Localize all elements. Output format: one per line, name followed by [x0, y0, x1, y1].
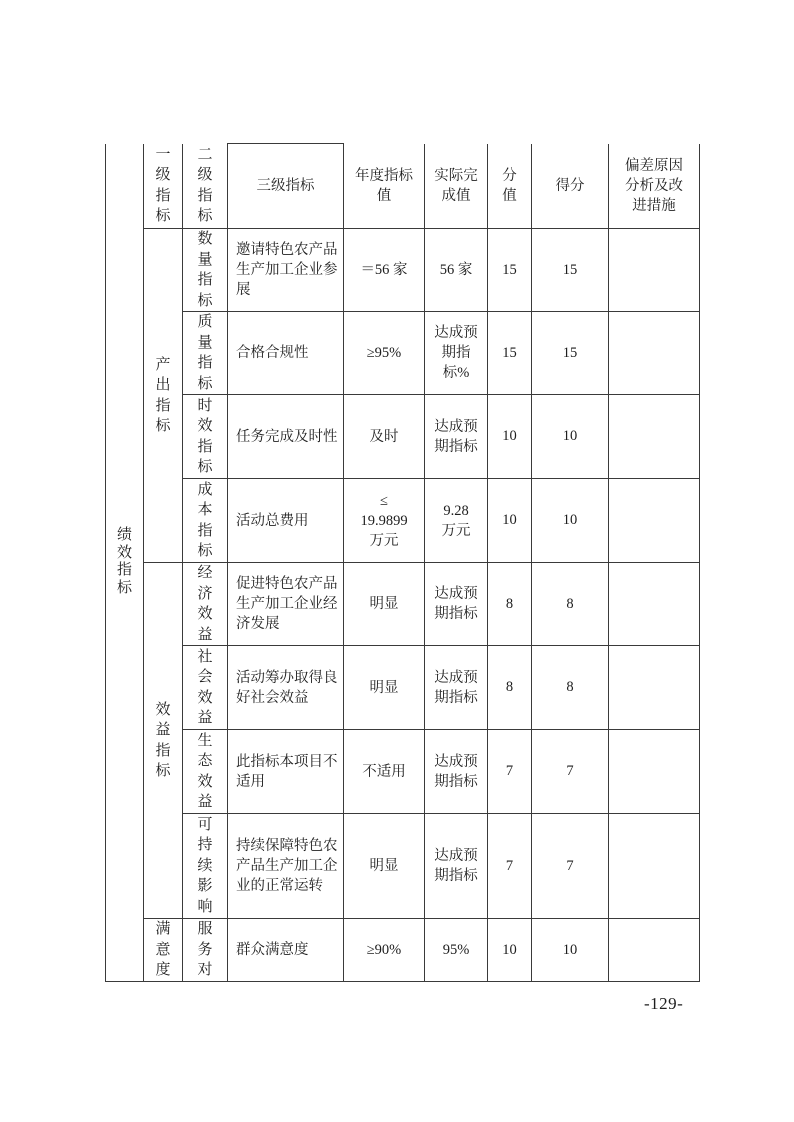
level2-cell: 社会效益 [183, 646, 228, 730]
header-level2: 二级指标 [183, 144, 228, 229]
annual-target-cell: 及时 [344, 395, 425, 479]
score-cell: 8 [532, 646, 609, 730]
table-row: 时效指标 任务完成及时性 及时 达成预 期指标 10 10 [106, 395, 700, 479]
weight-value: 10 [502, 942, 517, 958]
weight-value: 8 [506, 679, 513, 695]
level3-text: 活动筹办取得良 好社会效益 [236, 668, 338, 708]
level2-cell: 经济效益 [183, 563, 228, 646]
level3-text: 促进特色农产品 生产加工企业经 济发展 [236, 574, 338, 634]
annual-target-value: ≤ 19.9899 万元 [360, 491, 407, 551]
weight-cell: 8 [488, 646, 532, 730]
score-value: 8 [566, 596, 573, 612]
weight-value: 15 [502, 345, 517, 361]
level3-text: 合格合规性 [236, 343, 309, 363]
actual-value: 达成预 期指标 [434, 846, 478, 886]
annual-target-value: 不适用 [362, 762, 406, 782]
actual-cell: 56 家 [425, 229, 488, 312]
deviation-cell [609, 229, 700, 312]
actual-cell: 达成预 期指标 [425, 563, 488, 646]
annual-target-value: 及时 [370, 427, 399, 447]
header-deviation: 偏差原因 分析及改 进措施 [609, 144, 700, 229]
section-label: 绩效指标 [117, 527, 132, 597]
table-row: 社会效益 活动筹办取得良 好社会效益 明显 达成预 期指标 8 8 [106, 646, 700, 730]
table-row: 成本指标 活动总费用 ≤ 19.9899 万元 9.28 万元 10 10 [106, 479, 700, 563]
actual-value: 56 家 [440, 260, 473, 280]
actual-cell: 95% [425, 919, 488, 982]
level3-cell: 促进特色农产品 生产加工企业经 济发展 [228, 563, 344, 646]
level3-cell: 活动总费用 [228, 479, 344, 563]
level2-label: 质量指标 [198, 312, 213, 394]
actual-cell: 达成预 期指 标% [425, 312, 488, 395]
weight-cell: 10 [488, 919, 532, 982]
score-cell: 10 [532, 919, 609, 982]
table-row: 可持续影响 持续保障特色农 产品生产加工企 业的正常运转 明显 达成预 期指标 … [106, 814, 700, 919]
header-actual-text: 实际完 成值 [434, 166, 478, 206]
level3-cell: 活动筹办取得良 好社会效益 [228, 646, 344, 730]
header-level3-text: 三级指标 [257, 176, 315, 196]
level3-text: 群众满意度 [236, 940, 309, 960]
level2-label: 时效指标 [198, 396, 213, 478]
level3-cell: 持续保障特色农 产品生产加工企 业的正常运转 [228, 814, 344, 919]
level3-text: 持续保障特色农 产品生产加工企 业的正常运转 [236, 836, 338, 896]
weight-value: 10 [502, 512, 517, 528]
annual-target-cell: ≤ 19.9899 万元 [344, 479, 425, 563]
level1-cell: 效益指标 [144, 563, 183, 919]
annual-target-value: ≥95% [367, 343, 402, 363]
weight-cell: 8 [488, 563, 532, 646]
deviation-cell [609, 479, 700, 563]
annual-target-value: 明显 [370, 678, 399, 698]
score-value: 10 [563, 942, 578, 958]
weight-value: 15 [502, 262, 517, 278]
header-annual-target-text: 年度指标 值 [355, 166, 413, 206]
actual-cell: 达成预 期指标 [425, 814, 488, 919]
score-cell: 8 [532, 563, 609, 646]
annual-target-value: ＝56 家 [360, 260, 407, 280]
score-value: 10 [563, 512, 578, 528]
header-score: 得分 [532, 144, 609, 229]
annual-target-value: 明显 [370, 594, 399, 614]
annual-target-cell: 明显 [344, 563, 425, 646]
actual-cell: 达成预 期指标 [425, 395, 488, 479]
performance-indicator-table: 绩效指标 一级指标 二级指标 三级指标 年度指标 值 实际完 成值 分 值 得分… [105, 143, 700, 982]
table-row: 产出指标 数量指标 邀请特色农产品 生产加工企业参 展 ＝56 家 56 家 1… [106, 229, 700, 312]
score-value: 15 [563, 345, 578, 361]
score-value: 7 [566, 763, 573, 779]
annual-target-cell: 不适用 [344, 730, 425, 814]
weight-value: 7 [506, 763, 513, 779]
level1-cell: 产出指标 [144, 229, 183, 563]
annual-target-cell: 明显 [344, 814, 425, 919]
annual-target-cell: ＝56 家 [344, 229, 425, 312]
level2-cell: 时效指标 [183, 395, 228, 479]
header-score-text: 得分 [556, 176, 585, 196]
deviation-cell [609, 919, 700, 982]
level2-cell: 服务对 [183, 919, 228, 982]
header-level2-text: 二级指标 [198, 145, 213, 227]
level2-cell: 可持续影响 [183, 814, 228, 919]
score-value: 10 [563, 428, 578, 444]
table-row: 满意度 服务对 群众满意度 ≥90% 95% 10 10 [106, 919, 700, 982]
table-row: 效益指标 经济效益 促进特色农产品 生产加工企业经 济发展 明显 达成预 期指标… [106, 563, 700, 646]
level2-label: 可持续影响 [198, 815, 213, 918]
score-cell: 7 [532, 814, 609, 919]
actual-value: 达成预 期指标 [434, 668, 478, 708]
header-actual: 实际完 成值 [425, 144, 488, 229]
weight-cell: 7 [488, 814, 532, 919]
level2-label: 服务对 [198, 919, 213, 981]
level2-cell: 成本指标 [183, 479, 228, 563]
annual-target-value: 明显 [370, 856, 399, 876]
weight-cell: 10 [488, 479, 532, 563]
weight-cell: 7 [488, 730, 532, 814]
header-annual-target: 年度指标 值 [344, 144, 425, 229]
deviation-cell [609, 312, 700, 395]
table-row: 质量指标 合格合规性 ≥95% 达成预 期指 标% 15 15 [106, 312, 700, 395]
level1-label: 满意度 [156, 919, 171, 981]
annual-target-cell: ≥90% [344, 919, 425, 982]
level2-label: 社会效益 [198, 647, 213, 729]
header-weight-text: 分 值 [502, 166, 517, 206]
level3-text: 活动总费用 [236, 511, 309, 531]
section-label-cell: 绩效指标 [106, 144, 144, 982]
annual-target-value: ≥90% [367, 940, 402, 960]
level1-label: 效益指标 [156, 700, 171, 782]
weight-cell: 10 [488, 395, 532, 479]
actual-value: 95% [443, 940, 470, 960]
level2-label: 经济效益 [198, 563, 213, 645]
deviation-cell [609, 646, 700, 730]
deviation-cell [609, 814, 700, 919]
score-cell: 10 [532, 395, 609, 479]
level3-text: 任务完成及时性 [236, 427, 338, 447]
table-row: 生态效益 此指标本项目不 适用 不适用 达成预 期指标 7 7 [106, 730, 700, 814]
actual-cell: 达成预 期指标 [425, 646, 488, 730]
score-value: 7 [566, 858, 573, 874]
actual-value: 达成预 期指标 [434, 417, 478, 457]
deviation-cell [609, 563, 700, 646]
annual-target-cell: 明显 [344, 646, 425, 730]
score-cell: 10 [532, 479, 609, 563]
weight-value: 10 [502, 428, 517, 444]
score-value: 8 [566, 679, 573, 695]
actual-value: 9.28 万元 [442, 501, 471, 541]
actual-cell: 达成预 期指标 [425, 730, 488, 814]
deviation-cell [609, 730, 700, 814]
header-row: 绩效指标 一级指标 二级指标 三级指标 年度指标 值 实际完 成值 分 值 得分… [106, 144, 700, 229]
score-cell: 15 [532, 229, 609, 312]
level2-label: 成本指标 [198, 480, 213, 562]
weight-cell: 15 [488, 312, 532, 395]
score-cell: 7 [532, 730, 609, 814]
level3-cell: 群众满意度 [228, 919, 344, 982]
level2-cell: 质量指标 [183, 312, 228, 395]
header-deviation-text: 偏差原因 分析及改 进措施 [625, 156, 683, 216]
header-level3: 三级指标 [228, 144, 344, 229]
level1-cell: 满意度 [144, 919, 183, 982]
actual-value: 达成预 期指标 [434, 584, 478, 624]
header-weight: 分 值 [488, 144, 532, 229]
actual-cell: 9.28 万元 [425, 479, 488, 563]
level3-cell: 此指标本项目不 适用 [228, 730, 344, 814]
level3-cell: 邀请特色农产品 生产加工企业参 展 [228, 229, 344, 312]
deviation-cell [609, 395, 700, 479]
actual-value: 达成预 期指标 [434, 752, 478, 792]
header-level1-text: 一级指标 [156, 145, 171, 227]
score-value: 15 [563, 262, 578, 278]
score-cell: 15 [532, 312, 609, 395]
level2-cell: 生态效益 [183, 730, 228, 814]
level2-label: 数量指标 [198, 229, 213, 311]
level3-cell: 合格合规性 [228, 312, 344, 395]
page-number: -129- [644, 994, 683, 1014]
level2-label: 生态效益 [198, 731, 213, 813]
weight-cell: 15 [488, 229, 532, 312]
level1-label: 产出指标 [156, 355, 171, 437]
level2-cell: 数量指标 [183, 229, 228, 312]
level3-text: 邀请特色农产品 生产加工企业参 展 [236, 240, 338, 300]
header-level1: 一级指标 [144, 144, 183, 229]
level3-text: 此指标本项目不 适用 [236, 752, 338, 792]
weight-value: 8 [506, 596, 513, 612]
weight-value: 7 [506, 858, 513, 874]
annual-target-cell: ≥95% [344, 312, 425, 395]
level3-cell: 任务完成及时性 [228, 395, 344, 479]
actual-value: 达成预 期指 标% [434, 323, 478, 383]
